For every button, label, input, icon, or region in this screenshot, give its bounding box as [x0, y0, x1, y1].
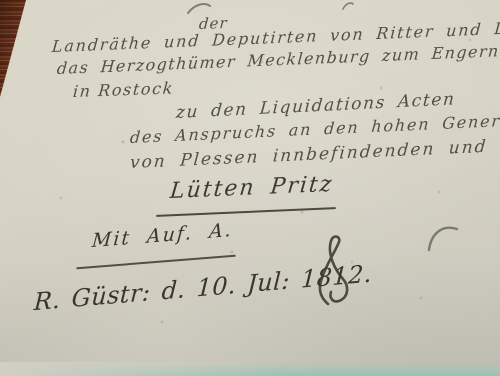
manuscript-photo: der Landräthe und Deputirten von Ritter …: [0, 0, 500, 376]
underline-mit-auf: [76, 255, 236, 270]
handwritten-title-luetten-pritz: Lütten Pritz: [169, 172, 335, 204]
table-edge-bottom: [0, 362, 500, 376]
signature-paraph-flourish: [306, 234, 362, 306]
handwritten-note-mit-auf: Mit Auf. A.: [91, 219, 234, 252]
cropped-pen-stroke: [186, 0, 212, 14]
cropped-pen-stroke-small: [341, 0, 355, 10]
ink-hook-mark: [426, 220, 460, 252]
underline-luetten-pritz: [156, 207, 336, 217]
wooden-table-corner: [0, 0, 34, 104]
handwritten-line-rostock: in Rostock: [72, 78, 175, 101]
